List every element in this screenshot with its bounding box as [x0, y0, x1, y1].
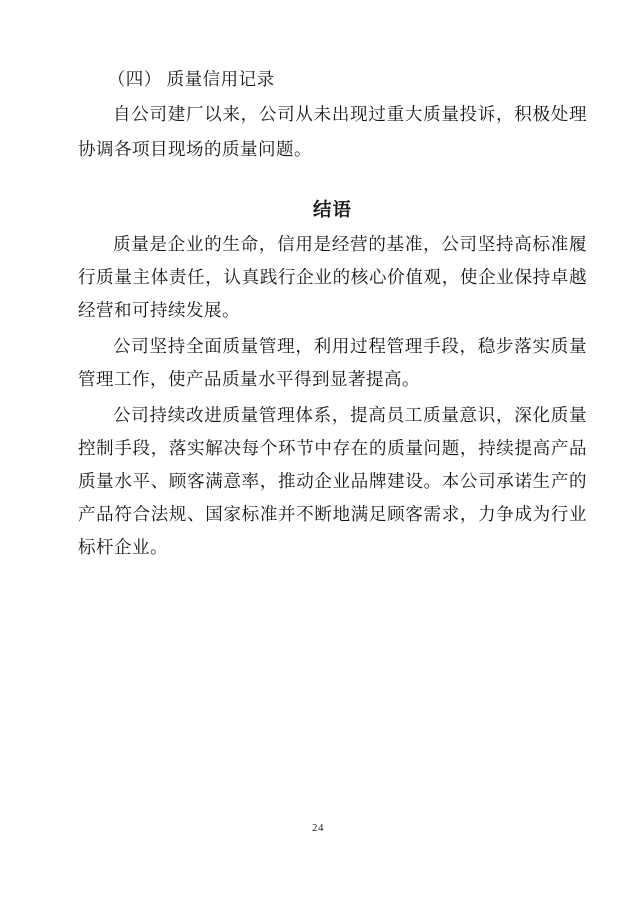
page-footer: 24 — [0, 818, 636, 836]
page-content: （四） 质量信用记录 自公司建厂以来，公司从未出现过重大质量投诉，积极处理协调各… — [78, 62, 587, 564]
section-paragraph: 自公司建厂以来，公司从未出现过重大质量投诉，积极处理协调各项目现场的质量问题。 — [78, 97, 587, 167]
section-heading: （四） 质量信用记录 — [78, 62, 587, 97]
conclusion-paragraph-2: 公司坚持全面质量管理，利用过程管理手段，稳步落实质量管理工作，使产品质量水平得到… — [78, 330, 587, 396]
conclusion-paragraph-3: 公司持续改进质量管理体系，提高员工质量意识，深化质量控制手段，落实解决每个环节中… — [78, 399, 587, 564]
conclusion-title: 结语 — [78, 195, 587, 228]
page-number: 24 — [312, 822, 324, 834]
document-page: （四） 质量信用记录 自公司建厂以来，公司从未出现过重大质量投诉，积极处理协调各… — [0, 0, 636, 900]
conclusion-paragraph-1: 质量是企业的生命，信用是经营的基准，公司坚持高标准履行质量主体责任，认真践行企业… — [78, 228, 587, 327]
